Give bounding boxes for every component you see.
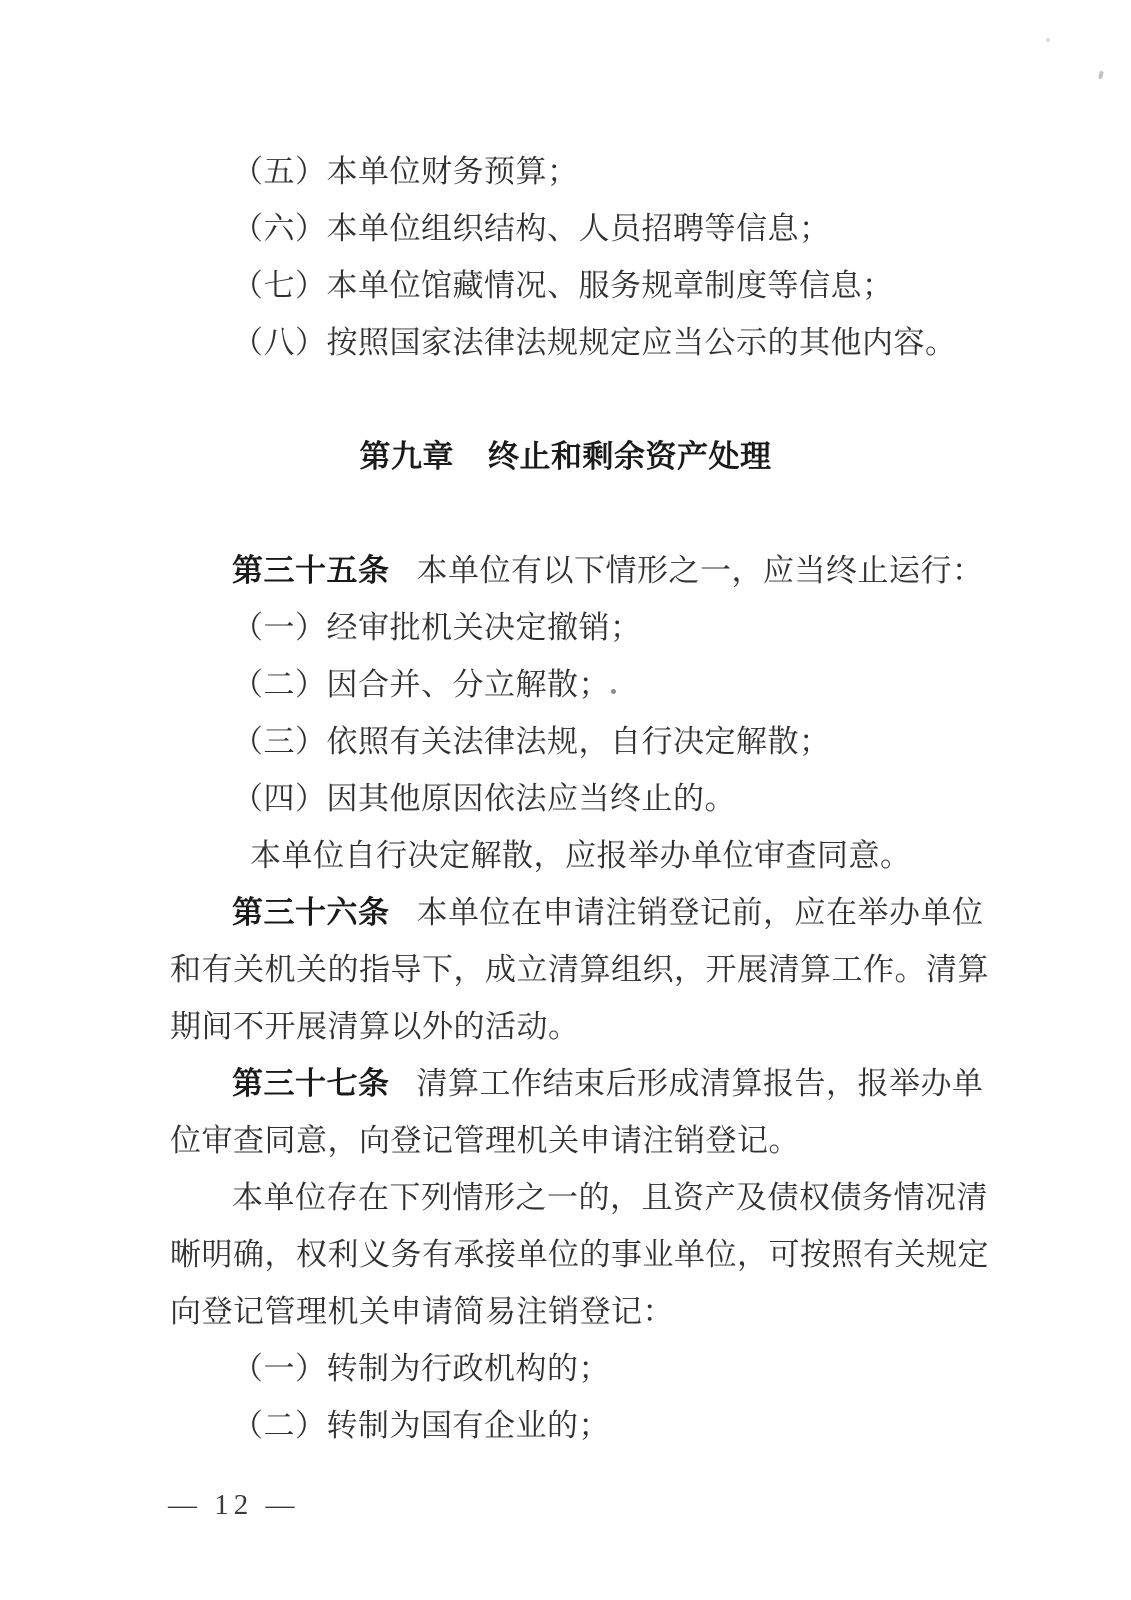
clause-item-6: （六）本单位组织结构、人员招聘等信息；: [170, 200, 992, 257]
article-37-item-2: （二）转制为国有企业的；: [170, 1397, 992, 1454]
article-36-line-2: 和有关机关的指导下，成立清算组织，开展清算工作。清算: [170, 941, 992, 998]
blank-line: [170, 371, 992, 428]
article-36-line-1: 本单位在申请注销登记前，应在举办单位: [417, 895, 984, 930]
clause-item-8: （八）按照国家法律法规规定应当公示的其他内容。: [170, 314, 992, 371]
clause-item-5: （五）本单位财务预算；: [170, 143, 992, 200]
article-37-para-2-line-3: 向登记管理机关申请简易注销登记：: [170, 1283, 992, 1340]
article-37-para-2-line-1: 本单位存在下列情形之一的，且资产及债权债务情况清: [170, 1169, 992, 1226]
article-35-lead: 第三十五条本单位有以下情形之一，应当终止运行：: [170, 542, 992, 599]
article-37-para-2-line-2: 晰明确，权利义务有承接单位的事业单位，可按照有关规定: [170, 1226, 992, 1283]
article-35-item-3: （三）依照有关法律法规，自行决定解散；: [170, 713, 992, 770]
article-35-item-4: （四）因其他原因依法应当终止的。: [170, 770, 992, 827]
blank-line: [170, 485, 992, 542]
page-number-label: — 12 —: [168, 1489, 300, 1521]
page-footer: — 12 —: [168, 1477, 300, 1534]
article-37-line-1: 清算工作结束后形成清算报告，报举办单: [417, 1066, 984, 1101]
chapter-number: 第九章: [360, 439, 455, 474]
chapter-heading: 第九章终止和剩余资产处理: [0, 428, 1131, 485]
article-35-item-1: （一）经审批机关决定撤销；: [170, 599, 992, 656]
article-35-item-2: （二）因合并、分立解散；: [170, 656, 992, 713]
chapter-title: 终止和剩余资产处理: [488, 439, 772, 474]
clause-item-7: （七）本单位馆藏情况、服务规章制度等信息；: [170, 257, 992, 314]
document-body: （五）本单位财务预算； （六）本单位组织结构、人员招聘等信息； （七）本单位馆藏…: [170, 143, 992, 1454]
article-37-line-2: 位审查同意，向登记管理机关申请注销登记。: [170, 1112, 992, 1169]
article-36-lead: 第三十六条本单位在申请注销登记前，应在举办单位: [170, 884, 992, 941]
article-37-lead: 第三十七条清算工作结束后形成清算报告，报举办单: [170, 1055, 992, 1112]
scan-artifact-speck: [1098, 71, 1104, 80]
article-36-line-3: 期间不开展清算以外的活动。: [170, 998, 992, 1055]
article-35-intro: 本单位有以下情形之一，应当终止运行：: [417, 553, 984, 588]
scan-artifact-dot: [611, 689, 616, 694]
article-37-item-1: （一）转制为行政机构的；: [170, 1340, 992, 1397]
article-35-number: 第三十五条: [232, 553, 390, 588]
article-35-note: 本单位自行决定解散，应报举办单位审查同意。: [170, 827, 992, 884]
scanned-document-page: { "page": { "footer_label": "— 12 —", "p…: [0, 0, 1131, 1600]
article-36-number: 第三十六条: [232, 895, 390, 930]
article-37-number: 第三十七条: [232, 1066, 390, 1101]
scan-artifact-speck: [1046, 38, 1050, 42]
